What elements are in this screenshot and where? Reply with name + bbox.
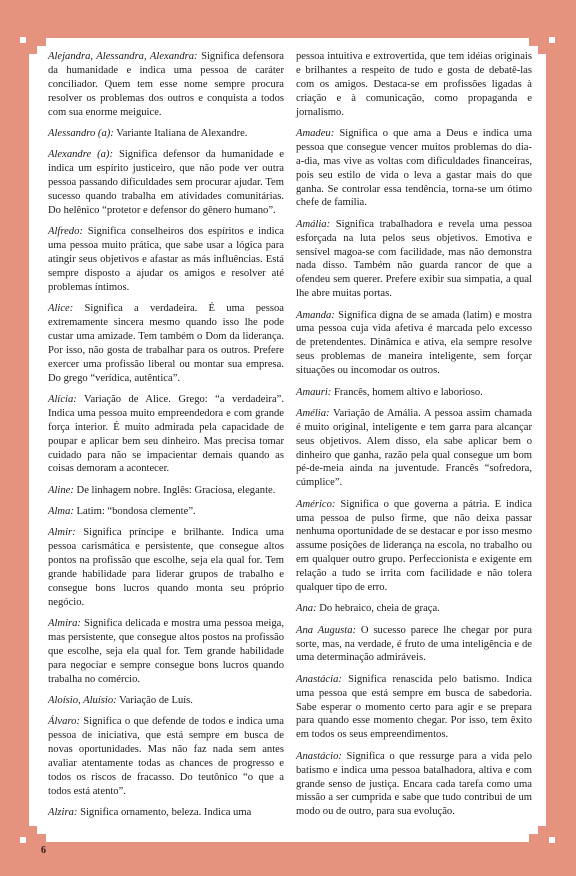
entry-text: Variação de Amália. A pessoa assim chama… [296, 408, 532, 489]
entry-text: Significa o que defende de todos e indic… [48, 716, 284, 797]
name-entry: Almir: Significa príncipe e brilhante. I… [48, 526, 284, 609]
entry-name: Alícia: [48, 394, 77, 405]
corner-notch [529, 834, 546, 842]
entry-text: pessoa intuitiva e extrovertida, que tem… [296, 51, 532, 118]
corner-square [20, 37, 26, 43]
name-entry: Alice: Significa a verdadeira. É uma pes… [48, 302, 284, 385]
name-entry: Amanda: Significa digna de se amada (lat… [296, 309, 532, 379]
entry-name: Alessandro (a): [48, 128, 114, 139]
name-entry: Aloísio, Aluísio: Variação de Luís. [48, 694, 284, 708]
entry-name: Ana: [296, 603, 317, 614]
corner-notch [29, 834, 46, 842]
name-entry: Alexandre (a): Significa defensor da hum… [48, 148, 284, 218]
entry-text: De linhagem nobre. Inglês: Graciosa, ele… [74, 485, 276, 496]
entry-text: Latim: “bondosa clemente”. [74, 506, 196, 517]
page-number: 6 [41, 845, 46, 856]
corner-square [20, 837, 26, 843]
entry-name: Alejandra, Alessandra, Alexandra: [48, 51, 198, 62]
entry-name: Alexandre (a): [48, 149, 113, 160]
name-entry: Alzira: Significa ornamento, beleza. Ind… [48, 806, 284, 820]
name-entry: Alejandra, Alessandra, Alexandra: Signif… [48, 50, 284, 120]
entry-text: Significa trabalhadora e revela uma pess… [296, 219, 532, 300]
entry-name: Aloísio, Aluísio: [48, 695, 117, 706]
name-entry: Álvaro: Significa o que defende de todos… [48, 715, 284, 798]
entry-name: Alma: [48, 506, 74, 517]
corner-notch [529, 38, 546, 46]
corner-notch [29, 38, 46, 46]
entry-text: Significa ornamento, beleza. Indica uma [77, 807, 251, 818]
name-entry: Alfredo: Significa conselheiros dos espí… [48, 225, 284, 295]
corner-square [549, 37, 555, 43]
entry-text: Francês, homem altivo e laborioso. [331, 387, 483, 398]
entry-text: Variação de Luís. [117, 695, 193, 706]
right-column: pessoa intuitiva e extrovertida, que tem… [296, 50, 532, 827]
entry-text: Variação de Alice. Grego: “a verdadeira”… [48, 394, 284, 475]
entry-name: Amanda: [296, 310, 335, 321]
entry-text: Significa delicada e mostra uma pessoa m… [48, 618, 284, 685]
entry-name: Anastácio: [296, 751, 342, 762]
entry-name: Amauri: [296, 387, 331, 398]
name-entry: Amália: Significa trabalhadora e revela … [296, 218, 532, 301]
entry-name: Aline: [48, 485, 74, 496]
entry-name: Ana Augusta: [296, 625, 356, 636]
name-entry: Américo: Significa o que governa a pátri… [296, 498, 532, 595]
name-entry: Alícia: Variação de Alice. Grego: “a ver… [48, 393, 284, 476]
entry-name: Américo: [296, 499, 335, 510]
entry-name: Alice: [48, 303, 73, 314]
entry-text: Significa o que governa a pátria. E indi… [296, 499, 532, 593]
corner-square [549, 837, 555, 843]
entry-name: Amália: [296, 219, 330, 230]
name-entry: Aline: De linhagem nobre. Inglês: Gracio… [48, 484, 284, 498]
entry-text: Significa príncipe e brilhante. Indica u… [48, 527, 284, 608]
entry-name: Almira: [48, 618, 81, 629]
name-entry: Amauri: Francês, homem altivo e laborios… [296, 386, 532, 400]
name-entry-continued: pessoa intuitiva e extrovertida, que tem… [296, 50, 532, 120]
name-entry: Anastácia: Significa renascida pelo bati… [296, 673, 532, 743]
entry-name: Anastácia: [296, 674, 342, 685]
name-entry: Alma: Latim: “bondosa clemente”. [48, 505, 284, 519]
entry-name: Almir: [48, 527, 76, 538]
entry-text: Do hebraico, cheia de graça. [317, 603, 440, 614]
name-entry: Anastácio: Significa o que ressurge para… [296, 750, 532, 820]
entry-name: Álvaro: [48, 716, 80, 727]
name-entry: Ana: Do hebraico, cheia de graça. [296, 602, 532, 616]
name-entry: Almira: Significa delicada e mostra uma … [48, 617, 284, 687]
entry-name: Alzira: [48, 807, 77, 818]
name-entry: Amélia: Variação de Amália. A pessoa ass… [296, 407, 532, 490]
name-entry: Ana Augusta: O sucesso parece lhe chegar… [296, 624, 532, 666]
entry-name: Amadeu: [296, 128, 334, 139]
entry-text: Significa conselheiros dos espíritos e i… [48, 226, 284, 293]
entry-text: Significa a verdadeira. É uma pessoa ext… [48, 303, 284, 384]
entry-text: Significa o que ama a Deus e indica uma … [296, 128, 532, 209]
entry-name: Alfredo: [48, 226, 83, 237]
name-entry: Alessandro (a): Variante Italiana de Ale… [48, 127, 284, 141]
left-column: Alejandra, Alessandra, Alexandra: Signif… [48, 50, 284, 827]
entry-name: Amélia: [296, 408, 330, 419]
entry-text: Variante Italiana de Alexandre. [114, 128, 248, 139]
name-entry: Amadeu: Significa o que ama a Deus e ind… [296, 127, 532, 210]
